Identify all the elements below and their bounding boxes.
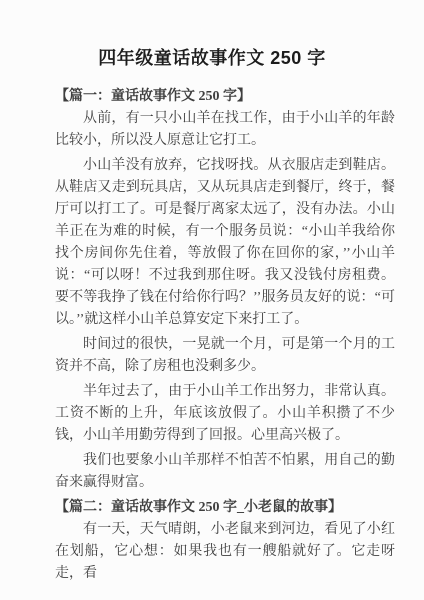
section-1-paragraph-4: 半年过去了，由于小山羊工作出努力，非常认真。工资不断的上升，年底该放假了。小山羊… (55, 381, 395, 447)
section-1-paragraph-1: 从前，有一只小山羊在找工作，由于小山羊的年龄比较小，所以没人原意让它打工。 (55, 108, 395, 152)
section-1: 【篇一：童话故事作文 250 字】 从前，有一只小山羊在找工作，由于小山羊的年龄… (55, 86, 395, 494)
section-1-header: 【篇一：童话故事作文 250 字】 (55, 86, 395, 108)
section-1-paragraph-5: 我们也要象小山羊那样不怕苦不怕累，用自己的勤奋来赢得财富。 (55, 450, 395, 494)
section-1-paragraph-2: 小山羊没有放弃，它找呀找。从衣服店走到鞋店。从鞋店又走到玩具店，又从玩具店走到餐… (55, 155, 395, 331)
document-title: 四年级童话故事作文 250 字 (0, 44, 424, 70)
section-2: 【篇二：童话故事作文 250 字_小老鼠的故事】 有一天，天气晴朗，小老鼠来到河… (55, 497, 395, 585)
section-2-paragraph-1: 有一天，天气晴朗，小老鼠来到河边，看见了小红在划船，它心想：如果我也有一艘船就好… (55, 519, 395, 585)
document-page: 四年级童话故事作文 250 字 【篇一：童话故事作文 250 字】 从前，有一只… (0, 0, 424, 600)
section-2-header: 【篇二：童话故事作文 250 字_小老鼠的故事】 (55, 497, 395, 519)
section-1-paragraph-3: 时间过的很快，一晃就一个月，可是第一个月的工资并不高，除了房租也没剩多少。 (55, 334, 395, 378)
document-content: 【篇一：童话故事作文 250 字】 从前，有一只小山羊在找工作，由于小山羊的年龄… (55, 86, 395, 585)
